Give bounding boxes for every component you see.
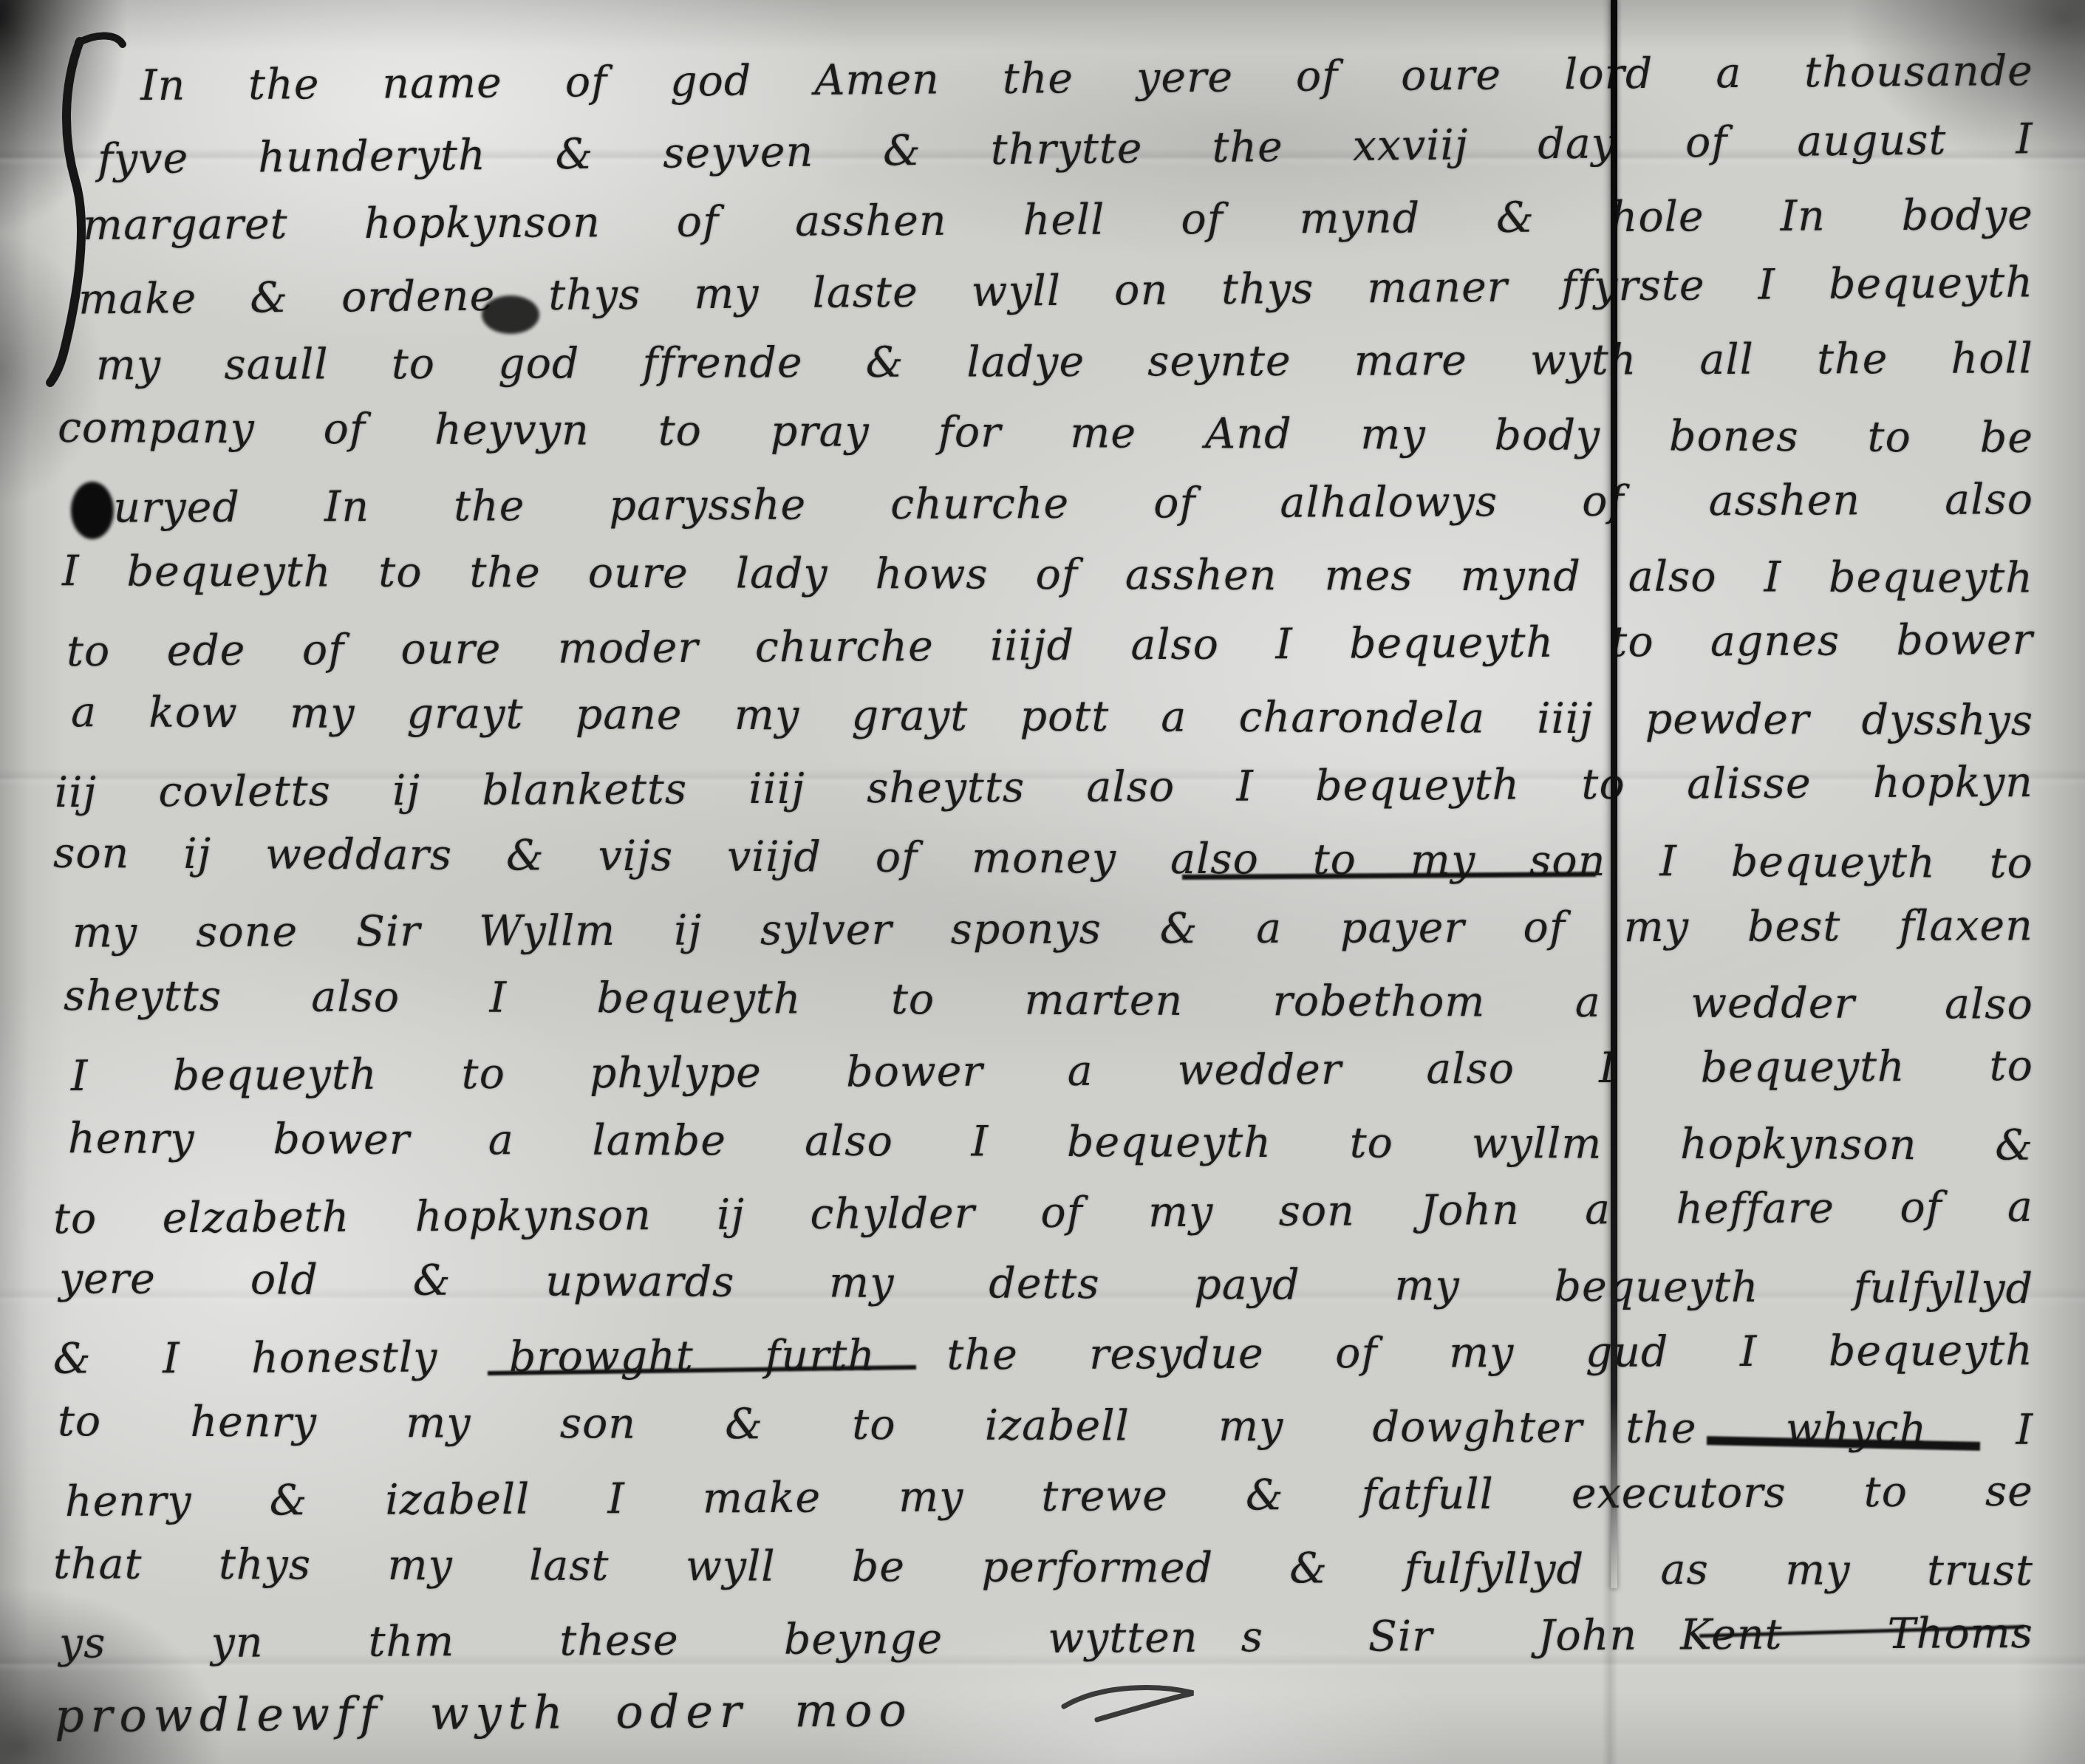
manuscript-text-block: In the name of god Amen the yere of oure… [53, 43, 2033, 1745]
ink-blot [71, 482, 114, 539]
fold-crease-line [1611, 0, 1617, 1588]
text-line: margaret hopkynson of asshen hell of myn… [83, 180, 2033, 261]
text-line: company of heyvyn to pray for me And my … [58, 392, 2033, 474]
text-line: & I honestly browght furth the resydue o… [53, 1315, 2033, 1395]
text-line: that thys my last wyll be performed & fu… [53, 1528, 2033, 1606]
text-line: my sone Sir Wyllm ij sylver sponys & a p… [72, 890, 2033, 968]
text-line: buryed In the parysshe churche of alhalo… [86, 464, 2033, 544]
text-line: I bequeyth to the oure lady hows of assh… [62, 536, 2033, 613]
text-line: to elzabeth hopkynson ij chylder of my s… [53, 1172, 2034, 1254]
ink-blot [482, 295, 539, 334]
manuscript-page: In the name of god Amen the yere of oure… [0, 0, 2085, 1764]
text-line: yere old & upwards my detts payd my bequ… [59, 1243, 2033, 1324]
text-line: prowdlewff wyth oder moo [55, 1667, 2034, 1752]
text-line: I bequeyth to phylype bower a wedder als… [71, 1030, 2033, 1112]
text-line: my saull to god ffrende & ladye seynte m… [96, 323, 2033, 400]
pen-flourish-icon [1057, 1677, 1204, 1729]
text-line: iij covletts ij blanketts iiij sheytts a… [55, 747, 2033, 828]
text-line: son ij weddars & vijs viijd of money als… [53, 818, 2033, 899]
text-line: a kow my grayt pane my grayt pott a char… [71, 677, 2033, 756]
text-line: henry bower a lambe also I bequeyth to w… [68, 1103, 2033, 1180]
text-line: to ede of oure moder churche iiijd also … [66, 604, 2034, 687]
text-line: make & ordene thys my laste wyll on thys… [78, 247, 2034, 335]
text-line: ys yn thm these beynge wytten s Sir John… [59, 1598, 2033, 1679]
text-line: to henry my son & to izabell my dowghter… [58, 1386, 2033, 1466]
text-line: sheytts also I bequeyth to marten robeth… [64, 960, 2033, 1040]
text-line: henry & izabell I make my trewe & fatful… [65, 1456, 2033, 1537]
